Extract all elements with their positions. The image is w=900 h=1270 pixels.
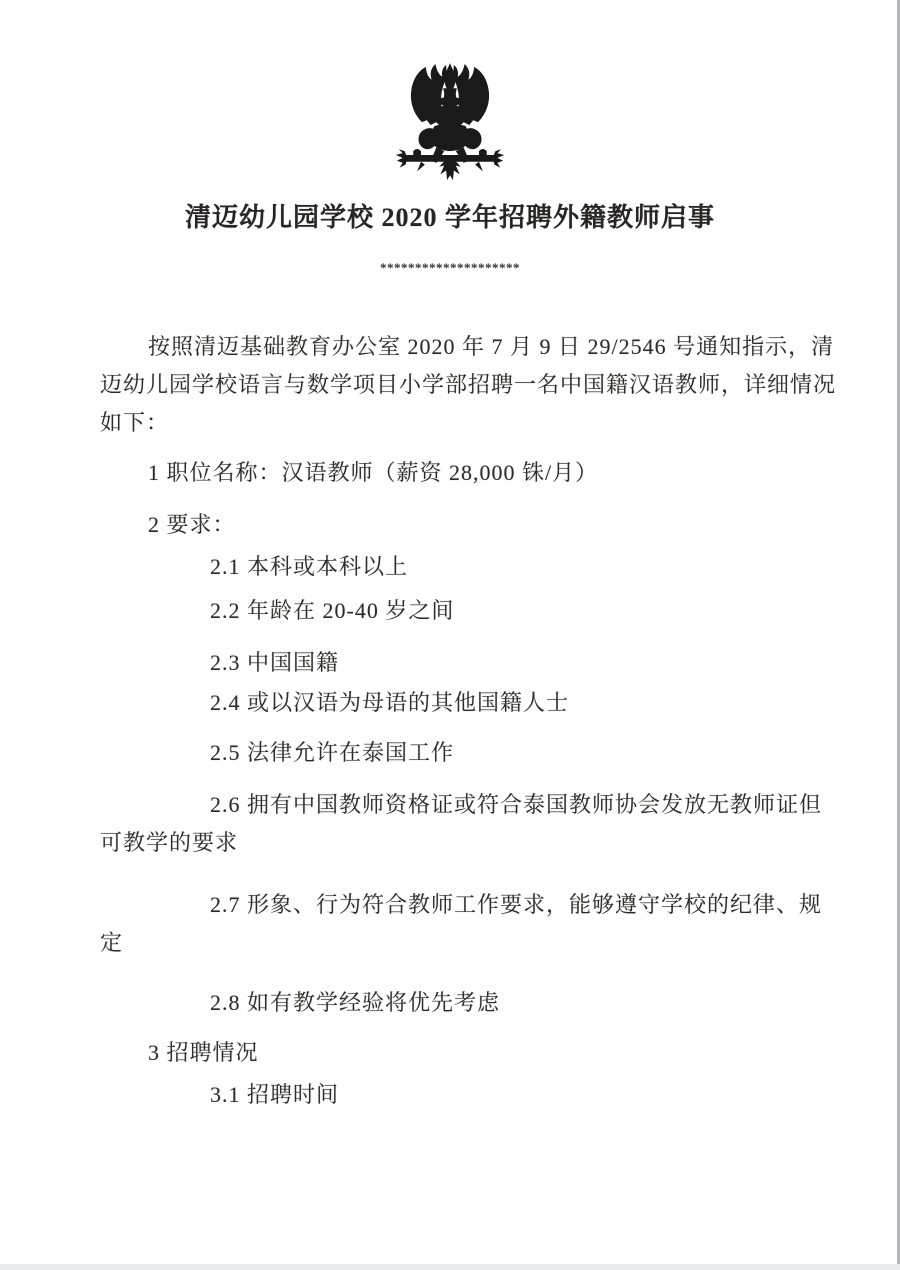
document-line: 按照清迈基础教育办公室 2020 年 7 月 9 日 29/2546 号通知指示…	[100, 328, 815, 366]
document-line: 可教学的要求	[100, 824, 815, 862]
scan-bottom-strip	[0, 1264, 900, 1270]
document-title: 清迈幼儿园学校 2020 学年招聘外籍教师启事	[0, 196, 900, 240]
thai-garuda-emblem-icon	[392, 62, 508, 190]
document-line: 2.8 如有教学经验将优先考虑	[210, 984, 815, 1022]
document-body: 按照清迈基础教育办公室 2020 年 7 月 9 日 29/2546 号通知指示…	[100, 328, 815, 1114]
document-line: 如下：	[100, 404, 815, 442]
document-line: 2.1 本科或本科以上	[210, 548, 815, 586]
document-line: 1 职位名称：汉语教师（薪资 28,000 铢/月）	[148, 454, 815, 492]
document-line: 3 招聘情况	[148, 1034, 815, 1072]
document-line: 2.7 形象、行为符合教师工作要求，能够遵守学校的纪律、规	[210, 886, 815, 924]
document-line: 2.2 年龄在 20-40 岁之间	[210, 592, 815, 630]
document-line: 2 要求：	[148, 506, 815, 544]
document-line: 3.1 招聘时间	[210, 1076, 815, 1114]
document-line: 2.6 拥有中国教师资格证或符合泰国教师协会发放无教师证但	[210, 786, 815, 824]
document-line: 定	[100, 924, 815, 962]
document-line: 迈幼儿园学校语言与数学项目小学部招聘一名中国籍汉语教师，详细情况	[100, 366, 815, 404]
asterisk-divider: ********************	[0, 258, 900, 278]
document-line: 2.3 中国国籍	[210, 644, 815, 682]
document-line: 2.5 法律允许在泰国工作	[210, 734, 815, 772]
scanned-document-page: 清迈幼儿园学校 2020 学年招聘外籍教师启事 ****************…	[0, 0, 900, 1270]
emblem-container	[0, 62, 900, 190]
document-line: 2.4 或以汉语为母语的其他国籍人士	[210, 684, 815, 722]
